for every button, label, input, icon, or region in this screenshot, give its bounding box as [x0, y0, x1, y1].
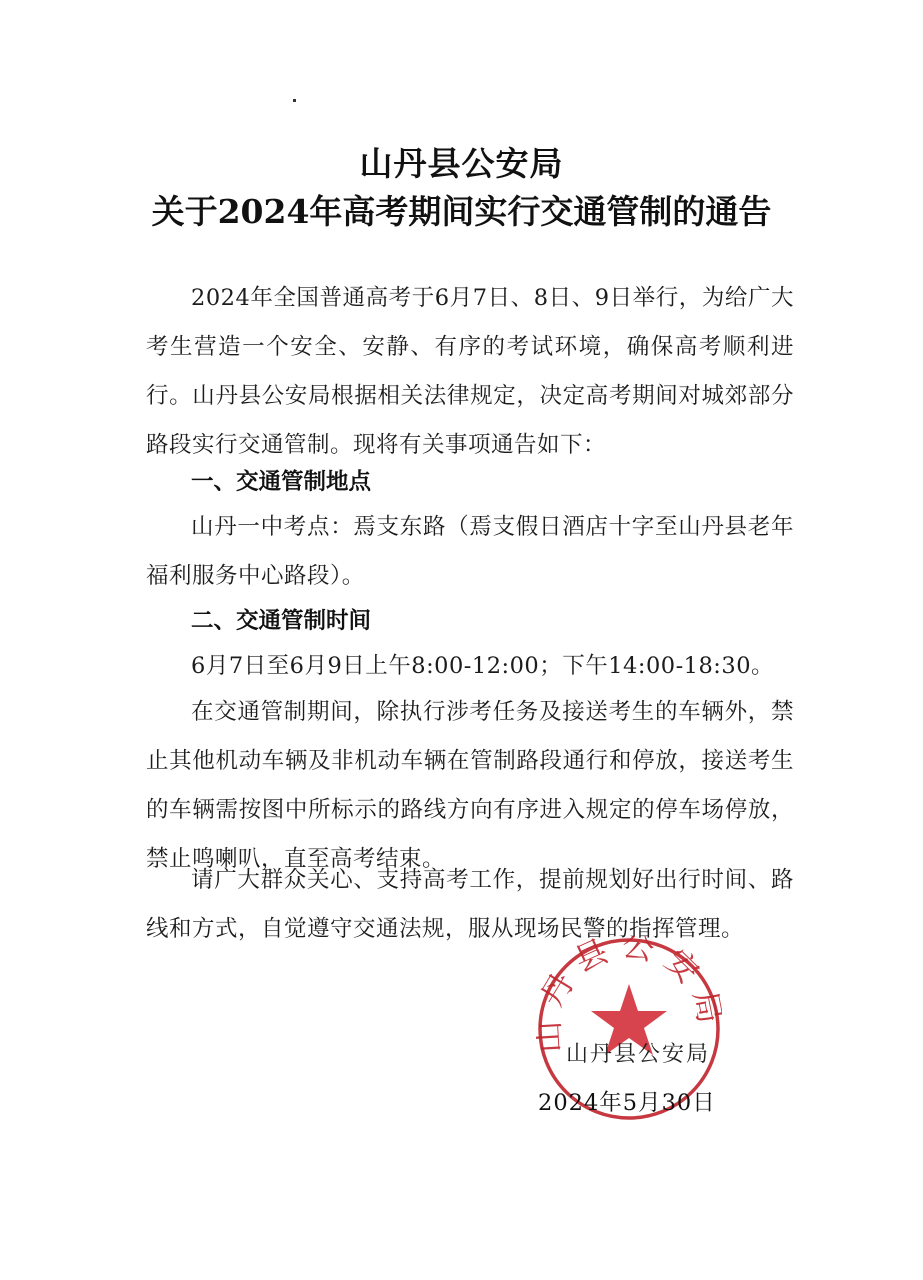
issue-date: 2024年5月30日 [538, 1085, 716, 1117]
scan-speck [293, 99, 296, 102]
notice-title: 关于2024年高考期间实行交通管制的通告 [0, 186, 923, 233]
control-paragraph: 在交通管制期间，除执行涉考任务及接送考生的车辆外，禁止其他机动车辆及非机动车辆在… [146, 688, 794, 884]
section-heading-time: 二、交通管制时间 [191, 603, 371, 635]
section-heading-location: 一、交通管制地点 [191, 464, 371, 496]
section-body-time: 6月7日至6月9日上午8:00-12:00；下午14:00-18:30。 [146, 642, 794, 691]
section-body-location: 山丹一中考点：焉支东路（焉支假日酒店十字至山丹县老年福利服务中心路段）。 [146, 503, 794, 601]
issuer-title: 山丹县公安局 [0, 138, 923, 185]
signature: 山丹县公安局 [566, 1037, 710, 1068]
intro-paragraph: 2024年全国普通高考于6月7日、8日、9日举行，为给广大考生营造一个安全、安静… [146, 274, 794, 470]
